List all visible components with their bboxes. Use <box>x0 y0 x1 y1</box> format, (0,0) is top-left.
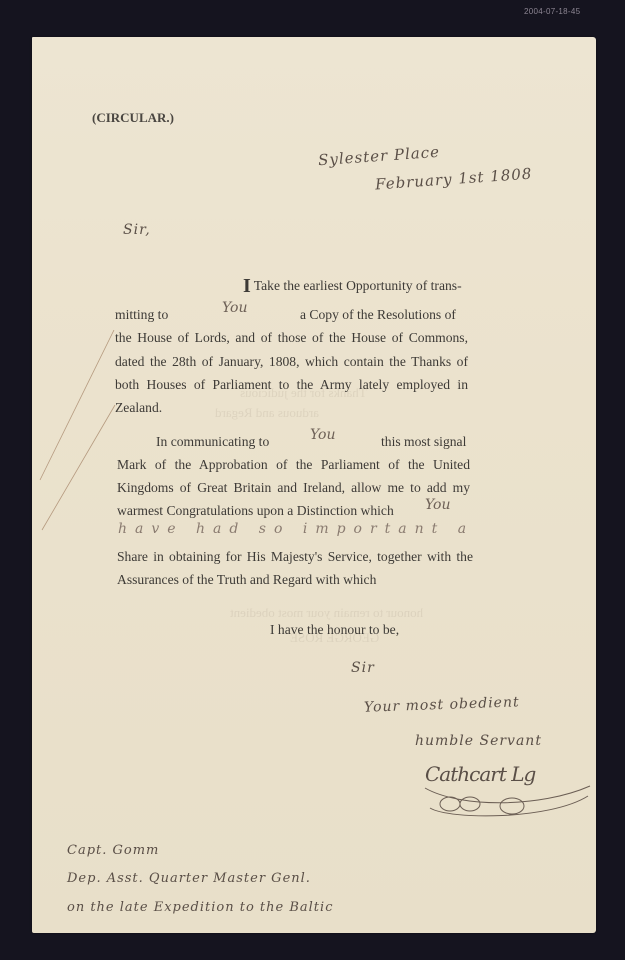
circular-heading: (CIRCULAR.) <box>92 110 174 126</box>
bleed-through-text: honour to remain your most obedient <box>230 605 423 621</box>
paragraph1-line6: Zealand. <box>115 400 162 416</box>
paragraph2-line4-start: warmest Congratulations upon a Distincti… <box>117 503 394 519</box>
closing-line: I have the honour to be, <box>270 622 399 638</box>
handwritten-you: You <box>425 497 450 513</box>
bleed-through-text: arduous and Regard <box>215 405 319 421</box>
paragraph2-line1-end: this most signal <box>381 434 466 450</box>
handwritten-insertion: have had so important a <box>118 521 474 537</box>
addressee-line1: Capt. Gomm <box>67 843 159 858</box>
paragraph2-line3: Kingdoms of Great Britain and Ireland, a… <box>117 480 470 496</box>
text: Take the earliest Opportunity of trans- <box>254 278 462 293</box>
closing-sir: Sir <box>351 660 375 676</box>
dropcap: I <box>243 275 251 297</box>
handwritten-you: You <box>310 427 335 443</box>
paragraph1-line1: ITake the earliest Opportunity of trans- <box>243 275 462 298</box>
signature-flourish-icon <box>420 778 600 828</box>
paragraph1-line5: both Houses of Parliament to the Army la… <box>115 377 468 393</box>
paragraph1-line2-end: a Copy of the Resolutions of <box>300 307 456 323</box>
paragraph1-line4: dated the 28th of January, 1808, which c… <box>115 354 468 370</box>
addressee-line2: Dep. Asst. Quarter Master Genl. <box>67 871 311 886</box>
addressee-line3: on the late Expedition to the Baltic <box>67 900 333 915</box>
paragraph1-line3: the House of Lords, and of those of the … <box>115 330 468 346</box>
salutation: Sir, <box>123 222 151 238</box>
paragraph2-line6: Share in obtaining for His Majesty's Ser… <box>117 549 473 565</box>
paragraph2-line1-start: In communicating to <box>156 434 269 450</box>
paragraph2-line2: Mark of the Approbation of the Parliamen… <box>117 457 470 473</box>
handwritten-you: You <box>222 300 247 316</box>
closing-servant: humble Servant <box>415 733 542 749</box>
paragraph1-line2-start: mitting to <box>115 307 168 323</box>
paragraph2-line7: Assurances of the Truth and Regard with … <box>117 572 376 588</box>
archive-reference-number: 2004-07-18-45 <box>524 7 580 16</box>
